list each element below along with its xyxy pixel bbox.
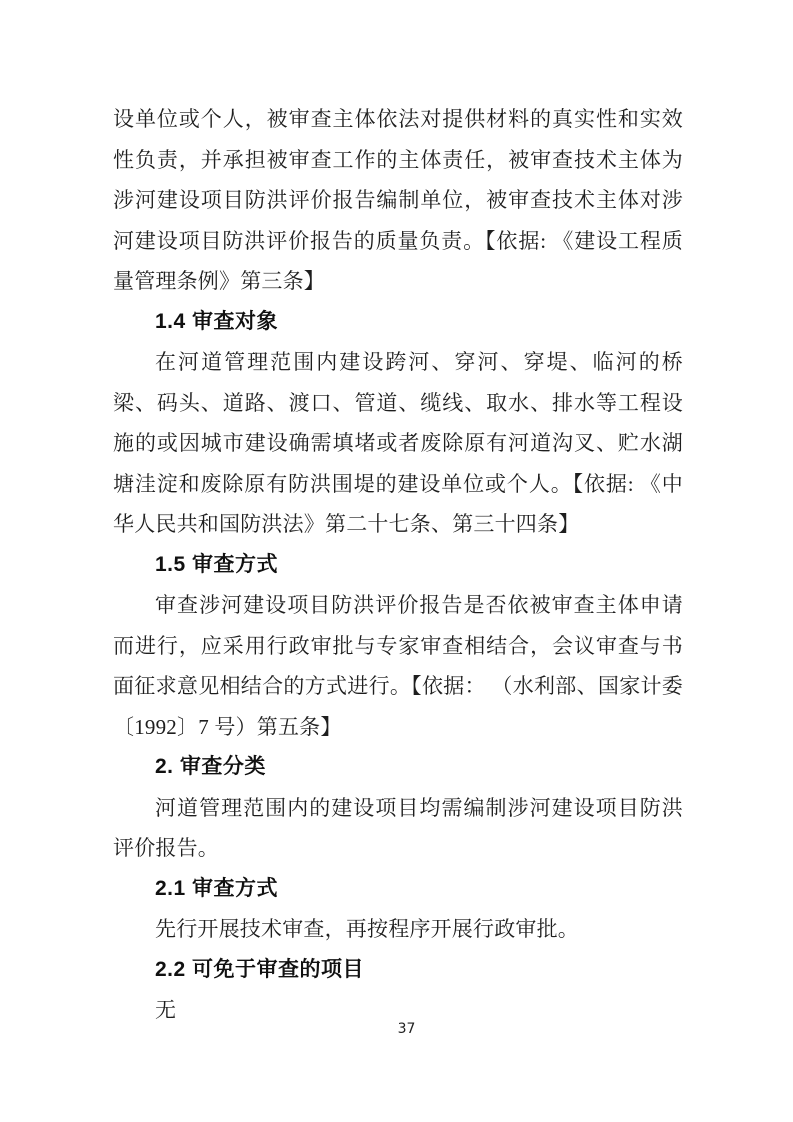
paragraph-1-5-review-method: 审查涉河建设项目防洪评价报告是否依被审查主体申请而进行，应采用行政审批与专家审查… [113, 585, 683, 747]
paragraph-2-1-review-method: 先行开展技术审查，再按程序开展行政审批。 [113, 909, 683, 950]
paragraph-2-review-classification: 河道管理范围内的建设项目均需编制涉河建设项目防洪评价报告。 [113, 788, 683, 869]
paragraph-1-4-review-targets: 在河道管理范围内建设跨河、穿河、穿堤、临河的桥梁、码头、道路、渡口、管道、缆线、… [113, 342, 683, 545]
section-heading-2: 2. 审查分类 [113, 747, 683, 788]
page-footer: 37 [10, 1020, 793, 1038]
document-content: 设单位或个人，被审查主体依法对提供材料的真实性和实效性负责，并承担被审查工作的主… [113, 99, 683, 1031]
section-heading-1-4: 1.4 审查对象 [113, 302, 683, 343]
section-heading-2-1: 2.1 审查方式 [113, 869, 683, 910]
section-heading-1-5: 1.5 审查方式 [113, 545, 683, 586]
paragraph-continuation-1-3: 设单位或个人，被审查主体依法对提供材料的真实性和实效性负责，并承担被审查工作的主… [113, 99, 683, 302]
section-heading-2-2: 2.2 可免于审查的项目 [113, 950, 683, 991]
page-number: 37 [398, 1021, 416, 1037]
document-page: 设单位或个人，被审查主体依法对提供材料的真实性和实效性负责，并承担被审查工作的主… [0, 0, 793, 1122]
